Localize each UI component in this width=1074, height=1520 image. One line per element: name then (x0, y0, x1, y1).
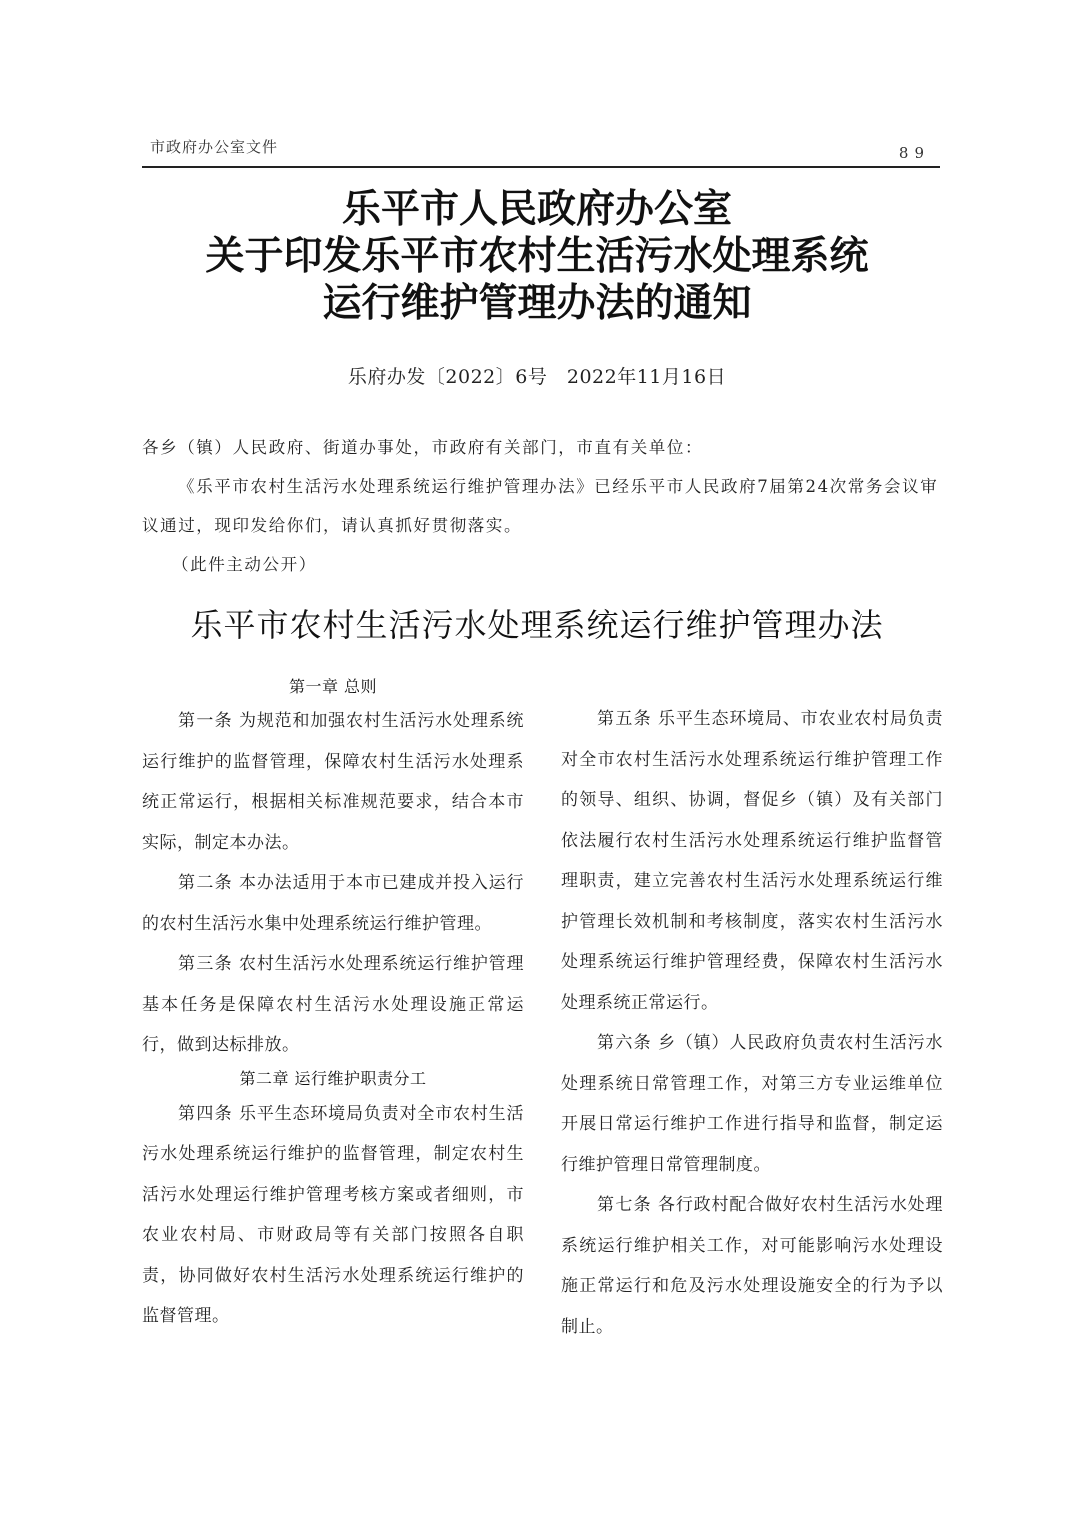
article-3: 第三条农村生活污水处理系统运行维护管理基本任务是保障农村生活污水处理设施正常运行… (142, 944, 524, 1066)
chapter-heading: 第一章 总则 (142, 672, 524, 702)
article-text: 乐平生态环境局负责对全市农村生活污水处理系统运行维护的监督管理，制定农村生活污水… (142, 1104, 524, 1327)
article-6: 第六条乡（镇）人民政府负责农村生活污水处理系统日常管理工作，对第三方专业运维单位… (561, 1023, 943, 1185)
article-label: 第五条 (597, 709, 652, 729)
page-number: 89 (899, 144, 930, 162)
article-label: 第六条 (597, 1033, 652, 1053)
left-column: 第一章 总则 第一条为规范和加强农村生活污水处理系统运行维护的监督管理，保障农村… (142, 672, 524, 1337)
notice-title-line-3: 运行维护管理办法的通知 (0, 280, 1074, 327)
chapter-heading: 第二章 运行维护职责分工 (142, 1062, 524, 1096)
article-2: 第二条本办法适用于本市已建成并投入运行的农村生活污水集中处理系统运行维护管理。 (142, 863, 524, 944)
intro-paragraph: 《乐平市农村生活污水处理系统运行维护管理办法》已经乐平市人民政府7届第24次常务… (142, 467, 954, 545)
document-number-and-date: 乐府办发〔2022〕6号 2022年11月16日 (0, 362, 1074, 389)
disclosure-note: （此件主动公开） (142, 545, 954, 584)
page-header: 市政府办公室文件 89 (142, 134, 940, 168)
article-text: 乡（镇）人民政府负责农村生活污水处理系统日常管理工作，对第三方专业运维单位开展日… (561, 1033, 943, 1175)
article-label: 第七条 (597, 1195, 652, 1215)
notice-title-line-1: 乐平市人民政府办公室 (0, 186, 1074, 233)
article-label: 第四条 (178, 1104, 233, 1124)
article-1: 第一条为规范和加强农村生活污水处理系统运行维护的监督管理，保障农村生活污水处理系… (142, 701, 524, 863)
article-7: 第七条各行政村配合做好农村生活污水处理系统运行维护相关工作，对可能影响污水处理设… (561, 1185, 943, 1347)
article-4: 第四条乐平生态环境局负责对全市农村生活污水处理系统运行维护的监督管理，制定农村生… (142, 1094, 524, 1337)
notice-title-line-2: 关于印发乐平市农村生活污水处理系统 (0, 233, 1074, 280)
article-label: 第一条 (178, 711, 233, 731)
header-label: 市政府办公室文件 (150, 136, 278, 157)
right-column: 第五条乐平生态环境局、市农业农村局负责对全市农村生活污水处理系统运行维护管理工作… (561, 699, 943, 1347)
article-label: 第三条 (178, 954, 233, 974)
notice-title: 乐平市人民政府办公室 关于印发乐平市农村生活污水处理系统 运行维护管理办法的通知 (0, 186, 1074, 327)
article-5: 第五条乐平生态环境局、市农业农村局负责对全市农村生活污水处理系统运行维护管理工作… (561, 699, 943, 1023)
article-text: 各行政村配合做好农村生活污水处理系统运行维护相关工作，对可能影响污水处理设施正常… (561, 1195, 943, 1337)
measures-title: 乐平市农村生活污水处理系统运行维护管理办法 (0, 600, 1074, 646)
article-text: 乐平生态环境局、市农业农村局负责对全市农村生活污水处理系统运行维护管理工作的领导… (561, 709, 943, 1013)
article-text: 为规范和加强农村生活污水处理系统运行维护的监督管理，保障农村生活污水处理系统正常… (142, 711, 524, 853)
addressee: 各乡（镇）人民政府、街道办事处，市政府有关部门，市直有关单位： (142, 428, 954, 467)
article-label: 第二条 (178, 873, 233, 893)
